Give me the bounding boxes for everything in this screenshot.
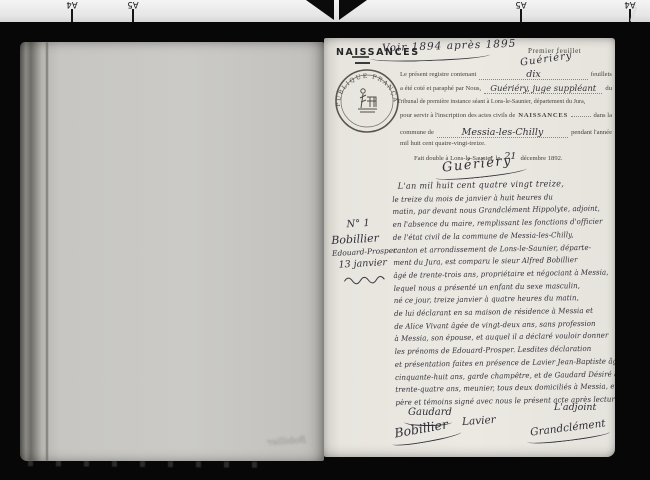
handwritten-commune: Messia-les-Chilly	[462, 127, 544, 138]
form-line-servir: pour servir à l'inscription des actes ci…	[400, 112, 612, 119]
ruler-mark-a4-left: A4	[61, 0, 83, 22]
scanner-dust	[28, 460, 268, 468]
form-text: du	[605, 85, 612, 92]
form-line-registre: Le présent registre contenant dix feuill…	[400, 68, 612, 80]
form-line-annee: mil huit cent quatre-vingt-treize.	[400, 140, 486, 147]
form-text: Tribunal de première instance séant à Lo…	[397, 98, 585, 105]
ruler-tick	[132, 9, 134, 22]
signature-title-adjoint: L'adjoint	[554, 402, 596, 413]
margin-squiggle	[343, 275, 389, 285]
signature-lavier: Lavier	[462, 414, 497, 428]
form-text: dans la	[594, 112, 613, 119]
center-marker-triangle-left-icon	[306, 0, 334, 20]
ruler-mark-label: A5	[510, 0, 532, 9]
form-text: pendant l'année	[571, 129, 612, 136]
register-page-right: Voir 1894 après 1895 NAISSANCES Premier …	[324, 38, 615, 457]
form-line-commune: commune de Messia-les-Chilly pendant l'a…	[400, 126, 612, 138]
form-text: décembre 1892.	[520, 155, 562, 162]
dotted-leader: Guériéry, juge suppléant	[484, 83, 602, 94]
form-text: pour servir à l'inscription des actes ci…	[400, 112, 515, 119]
binding-crease	[46, 42, 48, 461]
film-ruler-strip: A4 A5 A5 A4	[0, 0, 650, 22]
form-text: Le présent registre contenant	[400, 71, 476, 78]
form-line-tribunal: Tribunal de première instance séant à Lo…	[397, 98, 613, 105]
handwritten-count: dix	[526, 69, 540, 80]
form-line-cote: a été coté et paraphé par Nous, Guériéry…	[400, 83, 612, 94]
ruler-tick	[71, 9, 73, 22]
center-marker-triangle-right-icon	[339, 0, 367, 20]
ink-bleed-through: Bobillier	[267, 436, 307, 449]
ruler-mark-label: A4	[61, 0, 83, 9]
ruler-mark-label: A5	[122, 0, 144, 9]
form-text: commune de	[400, 129, 434, 136]
dotted-leader: dix	[479, 68, 587, 80]
ruler-mark-label: A4	[619, 0, 641, 9]
signature-text: Lavier	[462, 414, 497, 428]
section-title: NAISSANCES	[336, 47, 420, 58]
handwritten-judge: Guériéry, juge suppléant	[490, 84, 596, 94]
signature-bobillier: Bobillier	[393, 416, 449, 440]
republique-francaise-seal-icon: RÉPUBLIQUE FRANÇAISE	[330, 60, 404, 140]
ruler-mark-a5-left: A5	[122, 0, 144, 22]
stamp-smudge	[352, 56, 369, 58]
form-text: a été coté et paraphé par Nous,	[400, 85, 481, 92]
form-text: feuillets	[591, 71, 612, 78]
form-text-bold: NAISSANCES	[518, 112, 568, 119]
form-text: mil huit cent quatre-vingt-treize.	[400, 140, 486, 147]
ruler-tick	[520, 9, 522, 22]
signature-grandclement: Grandclément	[530, 417, 607, 438]
dotted-leader: Messia-les-Chilly	[437, 126, 568, 138]
dotted-leader	[571, 116, 590, 117]
act-body: L'an mil huit cent quatre vingt treize, …	[392, 178, 606, 410]
microfilm-scan: A4 A5 A5 A4 Bobillier Voir 1894 après 18…	[0, 0, 650, 480]
svg-text:RÉPUBLIQUE FRANÇAISE: RÉPUBLIQUE FRANÇAISE	[330, 60, 399, 107]
ruler-mark-a5-right: A5	[510, 0, 532, 22]
register-page-left: Bobillier	[20, 42, 324, 461]
signature-text: L'adjoint	[554, 402, 596, 413]
